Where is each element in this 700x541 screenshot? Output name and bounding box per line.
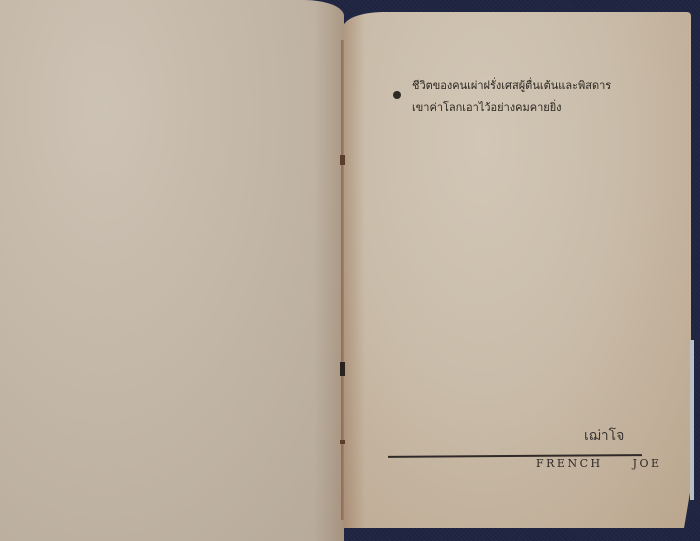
english-title: FRENCH JOE bbox=[536, 457, 662, 470]
binding-stitch bbox=[340, 362, 345, 376]
english-title-word: JOE bbox=[633, 457, 662, 470]
book-gutter bbox=[341, 40, 344, 520]
english-title-word: FRENCH bbox=[536, 457, 603, 470]
bullet-icon bbox=[393, 91, 401, 99]
page-edge bbox=[690, 340, 694, 500]
blurb-line: เขาค่าโลกเอาไว้อย่างคมคายยิ่ง bbox=[412, 98, 562, 116]
binding-stitch bbox=[340, 155, 345, 165]
binding-stitch bbox=[340, 440, 345, 444]
left-page bbox=[0, 0, 344, 541]
thai-title: เฌ่าโจ bbox=[584, 425, 624, 447]
blurb-line: ชีวิตของคนเผ่าฝรั่งเศสผู้ตื่นเต้นและพิสด… bbox=[412, 76, 611, 94]
